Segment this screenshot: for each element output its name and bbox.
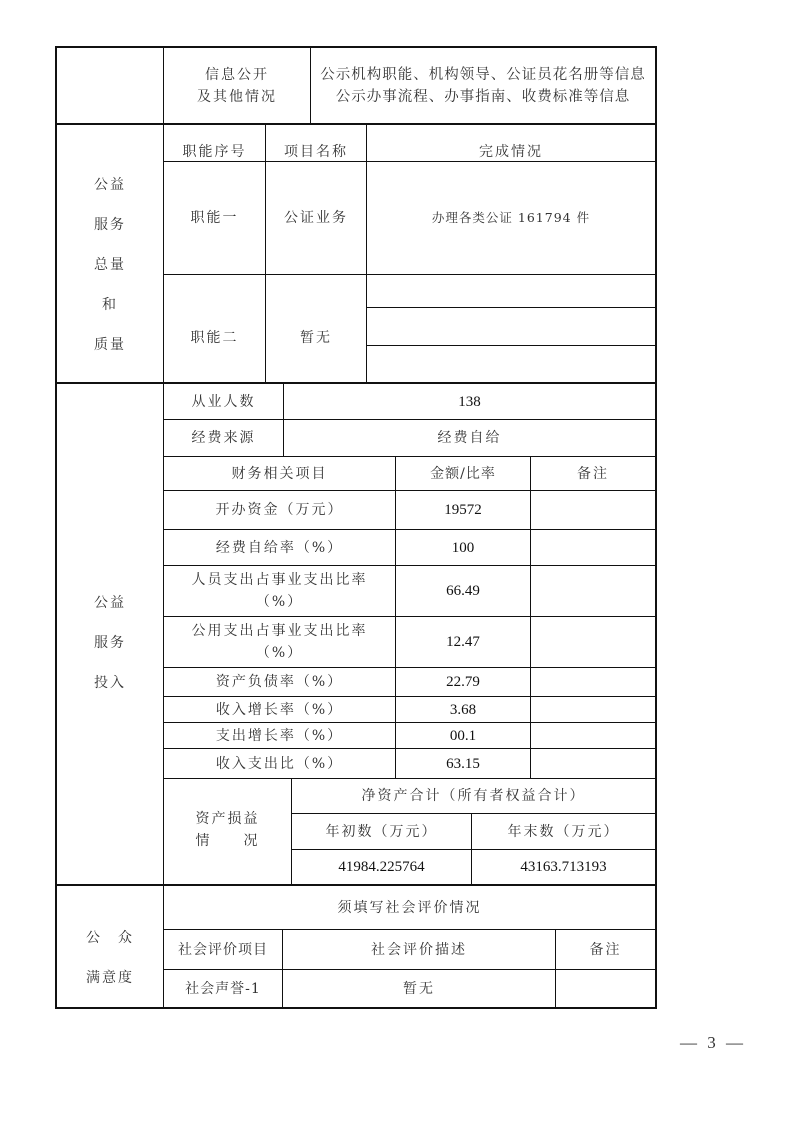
fin-item: 开办资金（万元） [164,491,395,529]
fin-value: 19572 [396,491,530,529]
fin-value: 63.15 [396,749,530,778]
fin-value: 66.49 [396,566,530,616]
funding-value: 经费自给 [284,420,655,456]
fin-item: 公用支出占事业支出比率 （%） [164,617,395,667]
sat-row-item: 社会声誉-1 [164,970,282,1007]
row1-project: 公证业务 [266,162,366,274]
sat-row-desc: 暂无 [283,970,555,1007]
info-content: 公示机构职能、机构领导、公证员花名册等信息 公示办事流程、办事指南、收费标准等信… [311,48,655,123]
fin-item: 支出增长率（%） [164,723,395,748]
fin-item: 人员支出占事业支出比率 （%） [164,566,395,616]
sat-header-note: 备注 [556,930,655,969]
sat-header-item: 社会评价项目 [164,930,282,969]
fin-header-note: 备注 [531,457,655,490]
page-number: — 3 — [680,1033,746,1053]
staff-label: 从业人数 [164,384,283,419]
fin-item: 收入增长率（%） [164,697,395,722]
fin-value: 100 [396,530,530,565]
row1-func-no: 职能一 [164,162,265,274]
info-label: 信息公开 及其他情况 [164,48,310,123]
header-func-no: 职能序号 [164,140,265,164]
staff-value: 138 [284,384,655,419]
row1-status: 办理各类公证 161794 件 [367,162,655,274]
sat-header-desc: 社会评价描述 [283,930,555,969]
fin-value: 12.47 [396,617,530,667]
fin-header-value: 金额/比率 [396,457,530,490]
begin-value: 41984.225764 [292,850,471,884]
assets-label: 资产损益 情 况 [164,800,291,860]
satisfaction-title: 须填写社会评价情况 [164,886,655,929]
row2-project: 暂无 [266,300,366,376]
begin-label: 年初数（万元） [292,814,471,849]
satisfaction-side-label: 公 众 满意度 [57,918,163,998]
service-quality-side-label: 公益 服务 总量 和 质量 [57,165,163,365]
fin-item: 收入支出比（%） [164,749,395,778]
fin-item: 经费自给率（%） [164,530,395,565]
funding-label: 经费来源 [164,420,283,456]
end-label: 年末数（万元） [472,814,655,849]
service-input-side-label: 公益 服务 投入 [57,583,163,703]
fin-value: 3.68 [396,697,530,722]
fin-value: 00.1 [396,723,530,748]
fin-header-item: 财务相关项目 [164,457,395,490]
header-project: 项目名称 [266,140,366,164]
fin-item: 资产负债率（%） [164,668,395,696]
fin-value: 22.79 [396,668,530,696]
row2-func-no: 职能二 [164,300,265,376]
header-status: 完成情况 [367,140,655,164]
net-assets-header: 净资产合计（所有者权益合计） [292,779,655,813]
end-value: 43163.713193 [472,850,655,884]
